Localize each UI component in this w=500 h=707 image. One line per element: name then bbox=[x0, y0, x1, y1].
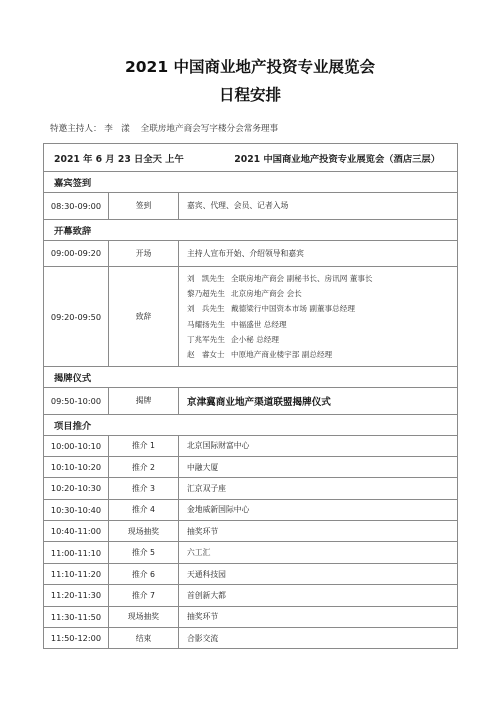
detail-cell: 抽奖环节 bbox=[179, 521, 458, 542]
speaker-item: 刘 兵先生 戴德梁行中国资本市场 副董事总经理 bbox=[187, 301, 457, 316]
detail-cell: 京津冀商业地产渠道联盟揭牌仪式 bbox=[179, 388, 458, 415]
detail-cell: 北京国际财富中心 bbox=[179, 435, 458, 456]
detail-cell: 合影交流 bbox=[179, 628, 458, 649]
table-row: 10:00-10:10 推介 1 北京国际财富中心 bbox=[44, 435, 458, 456]
time-cell: 11:20-11:30 bbox=[44, 585, 109, 606]
activity-cell: 推介 1 bbox=[109, 435, 179, 456]
table-row: 08:30-09:00 签到 嘉宾、代理、会员、记者入场 bbox=[44, 193, 458, 220]
speaker-name: 丁兆军先生 bbox=[187, 332, 231, 347]
table-row: 09:50-10:00 揭牌 京津冀商业地产渠道联盟揭牌仪式 bbox=[44, 388, 458, 415]
speaker-name: 黎乃超先生 bbox=[187, 286, 231, 301]
header-venue: 2021 中国商业地产投资专业展览会（酒店三层） bbox=[234, 151, 440, 165]
section-row: 揭牌仪式 bbox=[44, 367, 458, 388]
speaker-name: 刘 兵先生 bbox=[187, 301, 231, 316]
detail-cell: 主持人宣布开始、介绍领导和嘉宾 bbox=[179, 240, 458, 267]
speeches-row: 09:20-09:50 致辞 刘 凯先生 全联房地产商会 副秘书长、房讯网 董事… bbox=[44, 267, 458, 367]
detail-cell: 抽奖环节 bbox=[179, 606, 458, 627]
activity-cell: 致辞 bbox=[109, 267, 179, 367]
activity-cell: 推介 4 bbox=[109, 499, 179, 520]
activity-cell: 推介 2 bbox=[109, 456, 179, 477]
speaker-title: 全联房地产商会 副秘书长、房讯网 董事长 bbox=[231, 271, 373, 286]
table-header-cell: 2021 年 6 月 23 日全天 上午 2021 中国商业地产投资专业展览会（… bbox=[44, 144, 458, 172]
time-cell: 10:00-10:10 bbox=[44, 435, 109, 456]
table-row: 11:20-11:30 推介 7 首创新大都 bbox=[44, 585, 458, 606]
detail-cell: 首创新大都 bbox=[179, 585, 458, 606]
table-row: 11:00-11:10 推介 5 六工汇 bbox=[44, 542, 458, 563]
table-row: 09:00-09:20 开场 主持人宣布开始、介绍领导和嘉宾 bbox=[44, 240, 458, 267]
table-row: 11:10-11:20 推介 6 天通科技园 bbox=[44, 563, 458, 584]
time-cell: 11:00-11:10 bbox=[44, 542, 109, 563]
detail-cell: 天通科技园 bbox=[179, 563, 458, 584]
activity-cell: 开场 bbox=[109, 240, 179, 267]
detail-cell: 中融大厦 bbox=[179, 456, 458, 477]
document-subtitle: 日程安排 bbox=[0, 83, 500, 105]
speaker-title: 中原地产商业楼宇部 副总经理 bbox=[231, 347, 332, 362]
time-cell: 10:40-11:00 bbox=[44, 521, 109, 542]
speaker-name: 马耀扬先生 bbox=[187, 317, 231, 332]
activity-cell: 签到 bbox=[109, 193, 179, 220]
section-row: 嘉宾签到 bbox=[44, 172, 458, 193]
speaker-item: 赵 睿女士 中原地产商业楼宇部 副总经理 bbox=[187, 347, 457, 362]
speaker-title: 中福盛世 总经理 bbox=[231, 317, 287, 332]
speaker-item: 黎乃超先生 北京房地产商会 会长 bbox=[187, 286, 457, 301]
activity-cell: 结束 bbox=[109, 628, 179, 649]
time-cell: 10:30-10:40 bbox=[44, 499, 109, 520]
speaker-item: 刘 凯先生 全联房地产商会 副秘书长、房讯网 董事长 bbox=[187, 271, 457, 286]
section-row: 项目推介 bbox=[44, 414, 458, 435]
table-header-row: 2021 年 6 月 23 日全天 上午 2021 中国商业地产投资专业展览会（… bbox=[44, 144, 458, 172]
section-row: 开幕致辞 bbox=[44, 219, 458, 240]
time-cell: 09:00-09:20 bbox=[44, 240, 109, 267]
time-cell: 11:10-11:20 bbox=[44, 563, 109, 584]
section-title: 揭牌仪式 bbox=[44, 367, 458, 388]
header-date: 2021 年 6 月 23 日全天 上午 bbox=[54, 151, 184, 165]
table-row: 10:40-11:00 现场抽奖 抽奖环节 bbox=[44, 521, 458, 542]
time-cell: 11:30-11:50 bbox=[44, 606, 109, 627]
detail-cell: 金地威新国际中心 bbox=[179, 499, 458, 520]
time-cell: 10:10-10:20 bbox=[44, 456, 109, 477]
detail-cell: 六工汇 bbox=[179, 542, 458, 563]
speaker-name: 赵 睿女士 bbox=[187, 347, 231, 362]
time-cell: 09:50-10:00 bbox=[44, 388, 109, 415]
section-title: 开幕致辞 bbox=[44, 219, 458, 240]
time-cell: 08:30-09:00 bbox=[44, 193, 109, 220]
section-title: 项目推介 bbox=[44, 414, 458, 435]
activity-cell: 推介 5 bbox=[109, 542, 179, 563]
speaker-list: 刘 凯先生 全联房地产商会 副秘书长、房讯网 董事长 黎乃超先生 北京房地产商会… bbox=[179, 268, 457, 366]
activity-cell: 揭牌 bbox=[109, 388, 179, 415]
section-title: 嘉宾签到 bbox=[44, 172, 458, 193]
speaker-list-cell: 刘 凯先生 全联房地产商会 副秘书长、房讯网 董事长 黎乃超先生 北京房地产商会… bbox=[179, 267, 458, 367]
schedule-table: 2021 年 6 月 23 日全天 上午 2021 中国商业地产投资专业展览会（… bbox=[43, 143, 458, 649]
table-row: 11:30-11:50 现场抽奖 抽奖环节 bbox=[44, 606, 458, 627]
detail-cell: 汇京双子座 bbox=[179, 478, 458, 499]
activity-cell: 推介 7 bbox=[109, 585, 179, 606]
speaker-item: 马耀扬先生 中福盛世 总经理 bbox=[187, 317, 457, 332]
speaker-title: 北京房地产商会 会长 bbox=[231, 286, 302, 301]
host-line: 特邀主持人： 李 漾 全联房地产商会写字楼分会常务理事 bbox=[50, 122, 278, 134]
table-row: 10:10-10:20 推介 2 中融大厦 bbox=[44, 456, 458, 477]
time-cell: 10:20-10:30 bbox=[44, 478, 109, 499]
time-cell: 11:50-12:00 bbox=[44, 628, 109, 649]
table-row: 11:50-12:00 结束 合影交流 bbox=[44, 628, 458, 649]
speaker-title: 戴德梁行中国资本市场 副董事总经理 bbox=[231, 301, 355, 316]
table-row: 10:20-10:30 推介 3 汇京双子座 bbox=[44, 478, 458, 499]
speaker-title: 企小秘 总经理 bbox=[231, 332, 279, 347]
table-row: 10:30-10:40 推介 4 金地威新国际中心 bbox=[44, 499, 458, 520]
time-cell: 09:20-09:50 bbox=[44, 267, 109, 367]
activity-cell: 现场抽奖 bbox=[109, 521, 179, 542]
detail-cell: 嘉宾、代理、会员、记者入场 bbox=[179, 193, 458, 220]
speaker-item: 丁兆军先生 企小秘 总经理 bbox=[187, 332, 457, 347]
activity-cell: 现场抽奖 bbox=[109, 606, 179, 627]
activity-cell: 推介 6 bbox=[109, 563, 179, 584]
speaker-name: 刘 凯先生 bbox=[187, 271, 231, 286]
activity-cell: 推介 3 bbox=[109, 478, 179, 499]
document-title: 2021 中国商业地产投资专业展览会 bbox=[0, 55, 500, 77]
